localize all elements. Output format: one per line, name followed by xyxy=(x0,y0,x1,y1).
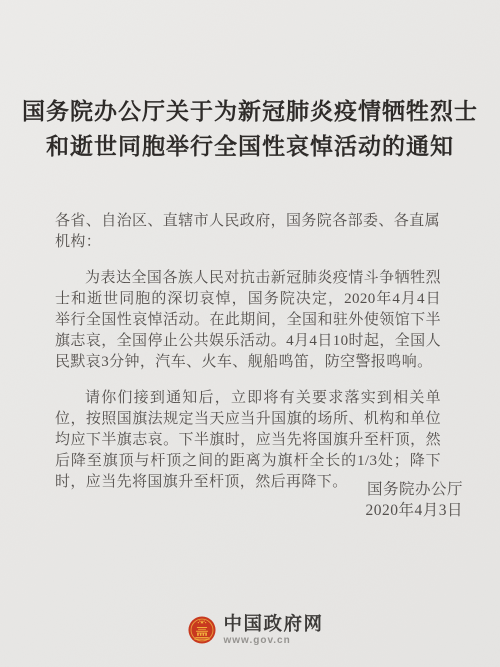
paragraph-2: 请你们接到通知后，立即将有关要求落实到相关单位，按照国旗法规定当天应当升国旗的场… xyxy=(55,388,441,493)
notice-title-line1: 国务院办公厅关于为新冠肺炎疫情牺牲烈士 xyxy=(0,94,500,129)
gov-site-logo: 中国政府网 www.gov.cn xyxy=(0,614,500,646)
paragraph-1: 为表达全国各族人民对抗击新冠肺炎疫情斗争牺牲烈士和逝世同胞的深切哀悼，国务院决定… xyxy=(55,268,441,373)
notice-title-line2: 和逝世同胞举行全国性哀悼活动的通知 xyxy=(0,129,500,164)
china-national-emblem-icon xyxy=(188,616,216,644)
salutation: 各省、自治区、直辖市人民政府，国务院各部委、各直属机构： xyxy=(55,211,441,253)
signature-date: 2020年4月3日 xyxy=(365,500,463,521)
signature-issuer: 国务院办公厅 xyxy=(365,479,463,500)
notice-page: 国务院办公厅关于为新冠肺炎疫情牺牲烈士 和逝世同胞举行全国性哀悼活动的通知 各省… xyxy=(0,0,500,667)
gov-site-text: 中国政府网 www.gov.cn xyxy=(223,614,323,646)
site-name: 中国政府网 xyxy=(223,614,323,633)
notice-title: 国务院办公厅关于为新冠肺炎疫情牺牲烈士 和逝世同胞举行全国性哀悼活动的通知 xyxy=(0,94,500,164)
notice-body: 各省、自治区、直辖市人民政府，国务院各部委、各直属机构： 为表达全国各族人民对抗… xyxy=(55,211,441,493)
site-url: www.gov.cn xyxy=(223,635,323,646)
signature-block: 国务院办公厅 2020年4月3日 xyxy=(365,479,463,521)
